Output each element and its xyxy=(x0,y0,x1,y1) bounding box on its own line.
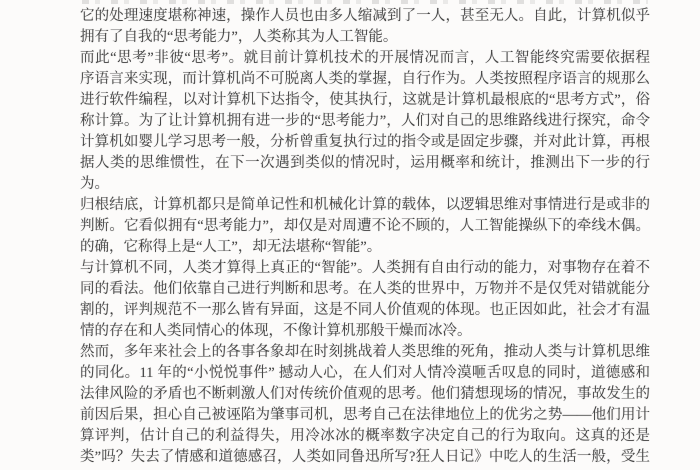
document-page: 它的处理速度堪称神速，操作人员也由多人缩减到了一人，甚至无人。自此，计算机似乎拥… xyxy=(0,0,700,470)
text-line: 称计算。为了让计算机拥有进一步的“思考能力”，人们对自己的思维路线进行探究，命令 xyxy=(80,111,650,132)
text-line: 据人类的思维惯性，在下一次遇到类似的情况时，运用概率和统计，推测出下一步的行 xyxy=(80,153,650,174)
clipped-text-fragment xyxy=(82,0,648,4)
text-line: 同的看法。他们依靠自己进行判断和思考。在人类的世界中，万物并不是仅凭对错就能分 xyxy=(80,279,650,300)
text-line: 割的，评判规范不一那么皆有异面，这是不同人价值观的体现。也正因如此，社会才有温 xyxy=(80,300,650,321)
paragraph: 而此“思考”非彼“思考”。就目前计算机技术的开展情况而言，人工智能终究需要依据程… xyxy=(80,48,650,195)
text-line: 法律风险的矛盾也不断刺激人们对传统价值观的思考。他们猜想现场的情况，事故发生的 xyxy=(80,384,650,405)
paragraph: 与计算机不同，人类才算得上真正的“智能”。人类拥有自由行动的能力，对事物存在着不… xyxy=(80,258,650,342)
text-line: 进行软件编程，以对计算机下达指令，使其执行，这就是计算机最根底的“思考方式”，俗 xyxy=(80,90,650,111)
text-line: 归根结底，计算机都只是简单记性和机械化计算的载体，以逻辑思维对事情进行是或非的 xyxy=(80,195,650,216)
text-line: 前因后果，担心自己被诬陷为肇事司机，思考自己在法律地位上的优劣之势——他们用计 xyxy=(80,405,650,426)
paragraph: 然而，多年来社会上的各事各象却在时刻挑战着人类思维的死角，推动人类与计算机思维的… xyxy=(80,342,650,468)
text-line: 为。 xyxy=(80,174,650,195)
text-line: 然而，多年来社会上的各事各象却在时刻挑战着人类思维的死角，推动人类与计算机思维 xyxy=(80,342,650,363)
text-line: 判断。它看似拥有“思考能力”，却仅是对周遭不论不顾的，人工智能操纵下的牵线木偶。 xyxy=(80,216,650,237)
essay-text: 它的处理速度堪称神速，操作人员也由多人缩减到了一人，甚至无人。自此，计算机似乎拥… xyxy=(80,6,650,468)
text-line: 情的存在和人类同情心的体现，不像计算机那般干燥而冰冷。 xyxy=(80,321,650,342)
text-line: 与计算机不同，人类才算得上真正的“智能”。人类拥有自由行动的能力，对事物存在着不 xyxy=(80,258,650,279)
paragraph: 它的处理速度堪称神速，操作人员也由多人缩减到了一人，甚至无人。自此，计算机似乎拥… xyxy=(80,6,650,48)
text-line: 计算机如婴儿学习思考一般，分析曾重复执行过的指令或是固定步骤，并对此计算，再根 xyxy=(80,132,650,153)
paragraph: 归根结底，计算机都只是简单记性和机械化计算的载体，以逻辑思维对事情进行是或非的判… xyxy=(80,195,650,258)
text-line: 类”吗？失去了情感和道德感召，人类如同鲁迅所写?狂人日记》中吃人的生活一般，受生 xyxy=(80,447,650,468)
text-line: 算评判，估计自己的利益得失，用冷冰冰的概率数字决定自己的行为取向。这真的还是“人 xyxy=(80,426,650,447)
text-line: 序语言来实现，而计算机尚不可脱离人类的掌握，自行作为。人类按照程序语言的规那么 xyxy=(80,69,650,90)
text-line: 拥有了自我的“思考能力”，人类称其为人工智能。 xyxy=(80,27,650,48)
text-line: 它的处理速度堪称神速，操作人员也由多人缩减到了一人，甚至无人。自此，计算机似乎 xyxy=(80,6,650,27)
text-line: 的确，它称得上是“人工”，却无法堪称“智能”。 xyxy=(80,237,650,258)
text-line: 而此“思考”非彼“思考”。就目前计算机技术的开展情况而言，人工智能终究需要依据程 xyxy=(80,48,650,69)
text-line: 的同化。11 年的“小悦悦事件” 撼动人心，在人们对人情冷漠咂舌叹息的同时，道德… xyxy=(80,363,650,384)
